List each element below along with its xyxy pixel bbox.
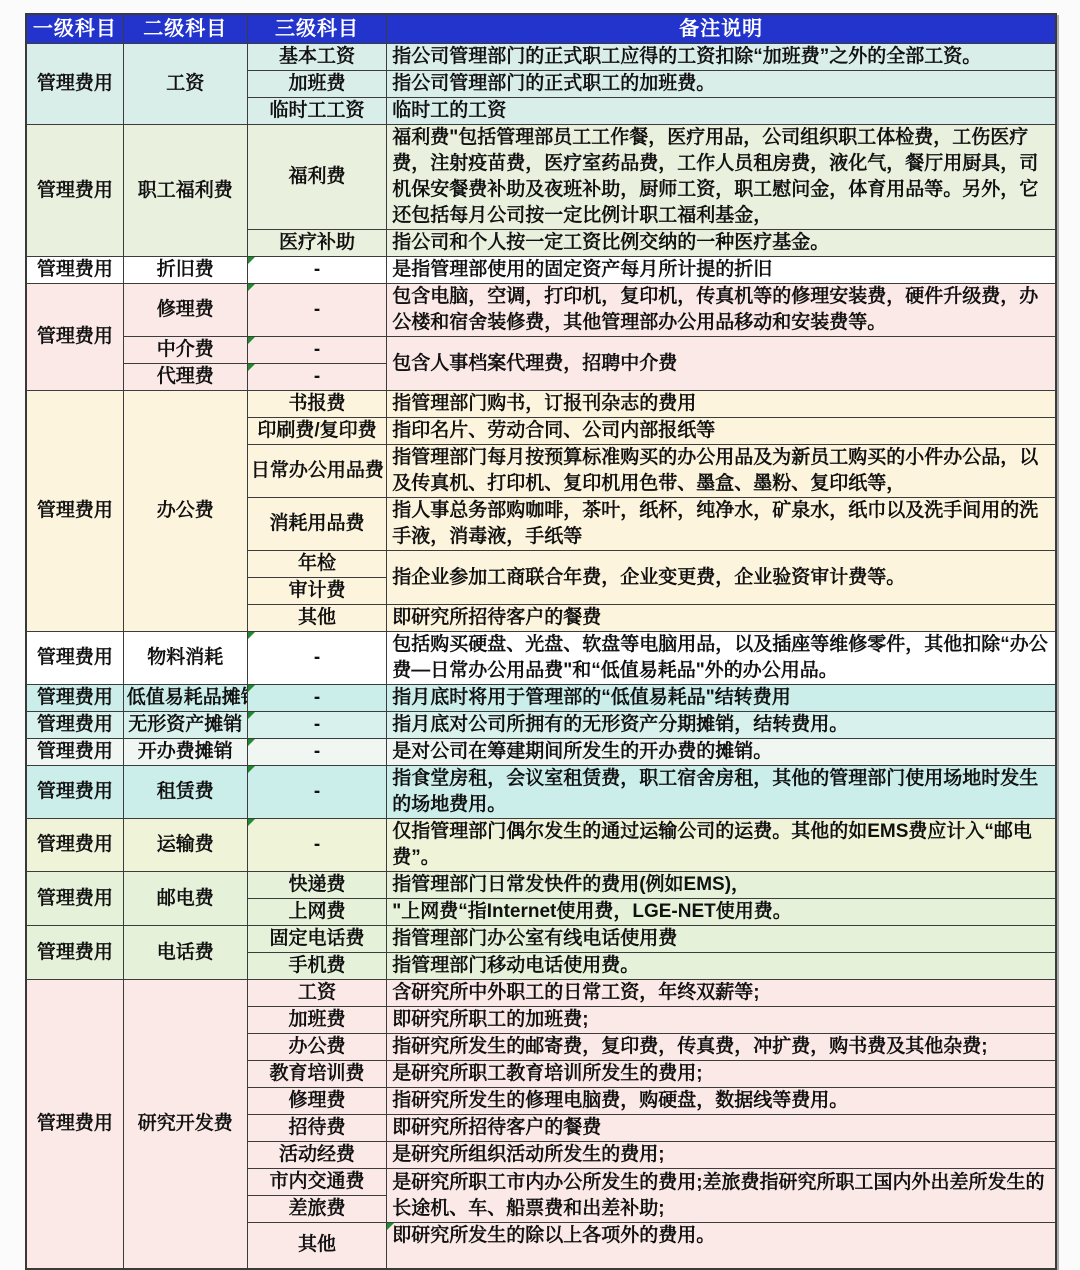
l3-cell: 医疗补助 <box>247 230 386 257</box>
note-cell: 指月底对公司所拥有的无形资产分期摊销，结转费用。 <box>387 712 1056 739</box>
l3-cell: - <box>247 632 386 685</box>
l3-cell: 办公费 <box>247 1034 386 1061</box>
expense-table: 一级科目 二级科目 三级科目 备注说明 管理费用 工资 基本工资 指公司管理部门… <box>25 13 1057 1270</box>
l3-cell: 福利费 <box>247 125 386 230</box>
l1-cell: 管理费用 <box>26 980 123 1269</box>
table-row: 管理费用 运输费 - 仅指管理部门偶尔发生的通过运输公司的运费。其他的如EMS费… <box>26 819 1056 872</box>
l3-cell: 消耗用品费 <box>247 498 386 551</box>
table-row: 管理费用 办公费 书报费 指管理部门购书，订报刊杂志的费用 <box>26 391 1056 418</box>
note-cell: 指管理部门移动电话使用费。 <box>387 953 1056 980</box>
l3-cell: 上网费 <box>247 899 386 926</box>
l1-cell: 管理费用 <box>26 685 123 712</box>
l3-cell: - <box>247 819 386 872</box>
note-cell: 包括购买硬盘、光盘、软盘等电脑用品，以及插座等维修零件，其他扣除“办公费—日常办… <box>387 632 1056 685</box>
note-cell: 指管理部门购书，订报刊杂志的费用 <box>387 391 1056 418</box>
l2-cell: 中介费 <box>123 337 247 364</box>
page: 一级科目 二级科目 三级科目 备注说明 管理费用 工资 基本工资 指公司管理部门… <box>0 0 1080 1270</box>
l3-cell: 市内交通费 <box>247 1169 386 1196</box>
table-row: 管理费用 电话费 固定电话费 指管理部门办公室有线电话使用费 <box>26 926 1056 953</box>
l1-cell: 管理费用 <box>26 284 123 391</box>
table-row: 管理费用 职工福利费 福利费 福利费"包括管理部员工工作餐，医疗用品，公司组织职… <box>26 125 1056 230</box>
table-row: 管理费用 折旧费 - 是指管理部使用的固定资产每月所计提的折旧 <box>26 257 1056 284</box>
l3-cell: - <box>247 712 386 739</box>
note-cell: 是研究所组织活动所发生的费用; <box>387 1142 1056 1169</box>
l1-cell: 管理费用 <box>26 125 123 257</box>
l3-cell: - <box>247 284 386 337</box>
table-row: 管理费用 租赁费 - 指食堂房租，会议室租赁费，职工宿舍房租，其他的管理部门使用… <box>26 766 1056 819</box>
note-cell: 仅指管理部门偶尔发生的通过运输公司的运费。其他的如EMS费应计入“邮电费”。 <box>387 819 1056 872</box>
note-cell: 指管理部门每月按预算标准购买的办公用品及为新员工购买的小件办公品，以及传真机、打… <box>387 445 1056 498</box>
table-row: 管理费用 修理费 - 包含电脑，空调，打印机，复印机，传真机等的修理安装费，硬件… <box>26 284 1056 337</box>
note-cell: 是对公司在筹建期间所发生的开办费的摊销。 <box>387 739 1056 766</box>
l3-cell: 日常办公用品费 <box>247 445 386 498</box>
table-row: 管理费用 邮电费 快递费 指管理部门日常发快件的费用(例如EMS)， <box>26 872 1056 899</box>
l3-cell: - <box>247 364 386 391</box>
l2-cell: 开办费摊销 <box>123 739 247 766</box>
note-cell: "上网费“指Internet使用费，LGE-NET使用费。 <box>387 899 1056 926</box>
table-row: 管理费用 低值易耗品摊销 - 指月底时将用于管理部的“低值易耗品"结转费用 <box>26 685 1056 712</box>
l2-cell: 邮电费 <box>123 872 247 926</box>
header-cell-notes: 备注说明 <box>387 14 1056 44</box>
note-cell: 即研究所职工的加班费; <box>387 1007 1056 1034</box>
l1-cell: 管理费用 <box>26 257 123 284</box>
l2-cell: 物料消耗 <box>123 632 247 685</box>
l2-cell: 修理费 <box>123 284 247 337</box>
l2-cell: 研究开发费 <box>123 980 247 1269</box>
l3-cell: 手机费 <box>247 953 386 980</box>
note-cell: 是指管理部使用的固定资产每月所计提的折旧 <box>387 257 1056 284</box>
l3-cell: 临时工工资 <box>247 98 386 125</box>
l3-cell: - <box>247 685 386 712</box>
note-cell: 指食堂房租，会议室租赁费，职工宿舍房租，其他的管理部门使用场地时发生的场地费用。 <box>387 766 1056 819</box>
l2-cell: 低值易耗品摊销 <box>123 685 247 712</box>
note-cell: 指管理部门办公室有线电话使用费 <box>387 926 1056 953</box>
note-cell: 即研究所发生的除以上各项外的费用。 <box>387 1223 1056 1269</box>
note-cell: 是研究所职工教育培训所发生的费用; <box>387 1061 1056 1088</box>
l3-cell: 教育培训费 <box>247 1061 386 1088</box>
l3-cell: 年检 <box>247 551 386 578</box>
l2-cell: 代理费 <box>123 364 247 391</box>
note-cell: 指公司管理部门的正式职工的加班费。 <box>387 71 1056 98</box>
l3-cell: 审计费 <box>247 578 386 605</box>
l3-cell: 其他 <box>247 605 386 632</box>
note-cell: 指研究所发生的修理电脑费，购硬盘，数据线等费用。 <box>387 1088 1056 1115</box>
l1-cell: 管理费用 <box>26 872 123 926</box>
note-cell: 即研究所招待客户的餐费 <box>387 605 1056 632</box>
l3-cell: 加班费 <box>247 1007 386 1034</box>
l1-cell: 管理费用 <box>26 766 123 819</box>
table-row: 管理费用 研究开发费 工资 含研究所中外职工的日常工资，年终双薪等; <box>26 980 1056 1007</box>
l2-cell: 办公费 <box>123 391 247 632</box>
note-cell: 福利费"包括管理部员工工作餐，医疗用品，公司组织职工体检费，工伤医疗费，注射疫苗… <box>387 125 1056 230</box>
l3-cell: 固定电话费 <box>247 926 386 953</box>
table-row: 管理费用 工资 基本工资 指公司管理部门的正式职工应得的工资扣除“加班费”之外的… <box>26 44 1056 71</box>
l3-cell: 加班费 <box>247 71 386 98</box>
note-cell: 指公司管理部门的正式职工应得的工资扣除“加班费”之外的全部工资。 <box>387 44 1056 71</box>
header-cell-level3: 三级科目 <box>247 14 386 44</box>
note-cell: 指印名片、劳动合同、公司内部报纸等 <box>387 418 1056 445</box>
l3-cell: 其他 <box>247 1223 386 1269</box>
note-cell: 指人事总务部购咖啡，茶叶，纸杯，纯净水，矿泉水，纸巾以及洗手间用的洗手液，消毒液… <box>387 498 1056 551</box>
note-cell: 包含人事档案代理费，招聘中介费 <box>387 337 1056 391</box>
l2-cell: 工资 <box>123 44 247 125</box>
l2-cell: 电话费 <box>123 926 247 980</box>
header-cell-level1: 一级科目 <box>26 14 123 44</box>
l2-cell: 职工福利费 <box>123 125 247 257</box>
l1-cell: 管理费用 <box>26 819 123 872</box>
l3-cell: - <box>247 766 386 819</box>
l1-cell: 管理费用 <box>26 632 123 685</box>
l3-cell: - <box>247 257 386 284</box>
l3-cell: 修理费 <box>247 1088 386 1115</box>
l2-cell: 无形资产摊销 <box>123 712 247 739</box>
l2-cell: 租赁费 <box>123 766 247 819</box>
l3-cell: 基本工资 <box>247 44 386 71</box>
l3-cell: 差旅费 <box>247 1196 386 1223</box>
l1-cell: 管理费用 <box>26 44 123 125</box>
l3-cell: 活动经费 <box>247 1142 386 1169</box>
note-cell: 包含电脑，空调，打印机，复印机，传真机等的修理安装费，硬件升级费，办公楼和宿舍装… <box>387 284 1056 337</box>
l1-cell: 管理费用 <box>26 391 123 632</box>
note-cell: 即研究所招待客户的餐费 <box>387 1115 1056 1142</box>
l2-cell: 折旧费 <box>123 257 247 284</box>
l3-cell: 招待费 <box>247 1115 386 1142</box>
l3-cell: - <box>247 337 386 364</box>
l1-cell: 管理费用 <box>26 926 123 980</box>
l3-cell: 书报费 <box>247 391 386 418</box>
l1-cell: 管理费用 <box>26 712 123 739</box>
l2-cell: 运输费 <box>123 819 247 872</box>
table-row: 管理费用 开办费摊销 - 是对公司在筹建期间所发生的开办费的摊销。 <box>26 739 1056 766</box>
table-row: 管理费用 无形资产摊销 - 指月底对公司所拥有的无形资产分期摊销，结转费用。 <box>26 712 1056 739</box>
note-cell: 含研究所中外职工的日常工资，年终双薪等; <box>387 980 1056 1007</box>
l3-cell: 快递费 <box>247 872 386 899</box>
l3-cell: - <box>247 739 386 766</box>
note-cell: 是研究所职工市内办公所发生的费用;差旅费指研究所职工国内外出差所发生的长途机、车… <box>387 1169 1056 1223</box>
l3-cell: 工资 <box>247 980 386 1007</box>
note-cell: 指企业参加工商联合年费，企业变更费，企业验资审计费等。 <box>387 551 1056 605</box>
header-cell-level2: 二级科目 <box>123 14 247 44</box>
note-cell: 指月底时将用于管理部的“低值易耗品"结转费用 <box>387 685 1056 712</box>
header-row: 一级科目 二级科目 三级科目 备注说明 <box>26 14 1056 44</box>
table-row: 管理费用 物料消耗 - 包括购买硬盘、光盘、软盘等电脑用品，以及插座等维修零件，… <box>26 632 1056 685</box>
l1-cell: 管理费用 <box>26 739 123 766</box>
note-cell: 临时工的工资 <box>387 98 1056 125</box>
note-cell: 指研究所发生的邮寄费，复印费，传真费，冲扩费，购书费及其他杂费; <box>387 1034 1056 1061</box>
table-row: 中介费 - 包含人事档案代理费，招聘中介费 <box>26 337 1056 364</box>
l3-cell: 印刷费/复印费 <box>247 418 386 445</box>
note-cell: 指公司和个人按一定工资比例交纳的一种医疗基金。 <box>387 230 1056 257</box>
note-cell: 指管理部门日常发快件的费用(例如EMS)， <box>387 872 1056 899</box>
